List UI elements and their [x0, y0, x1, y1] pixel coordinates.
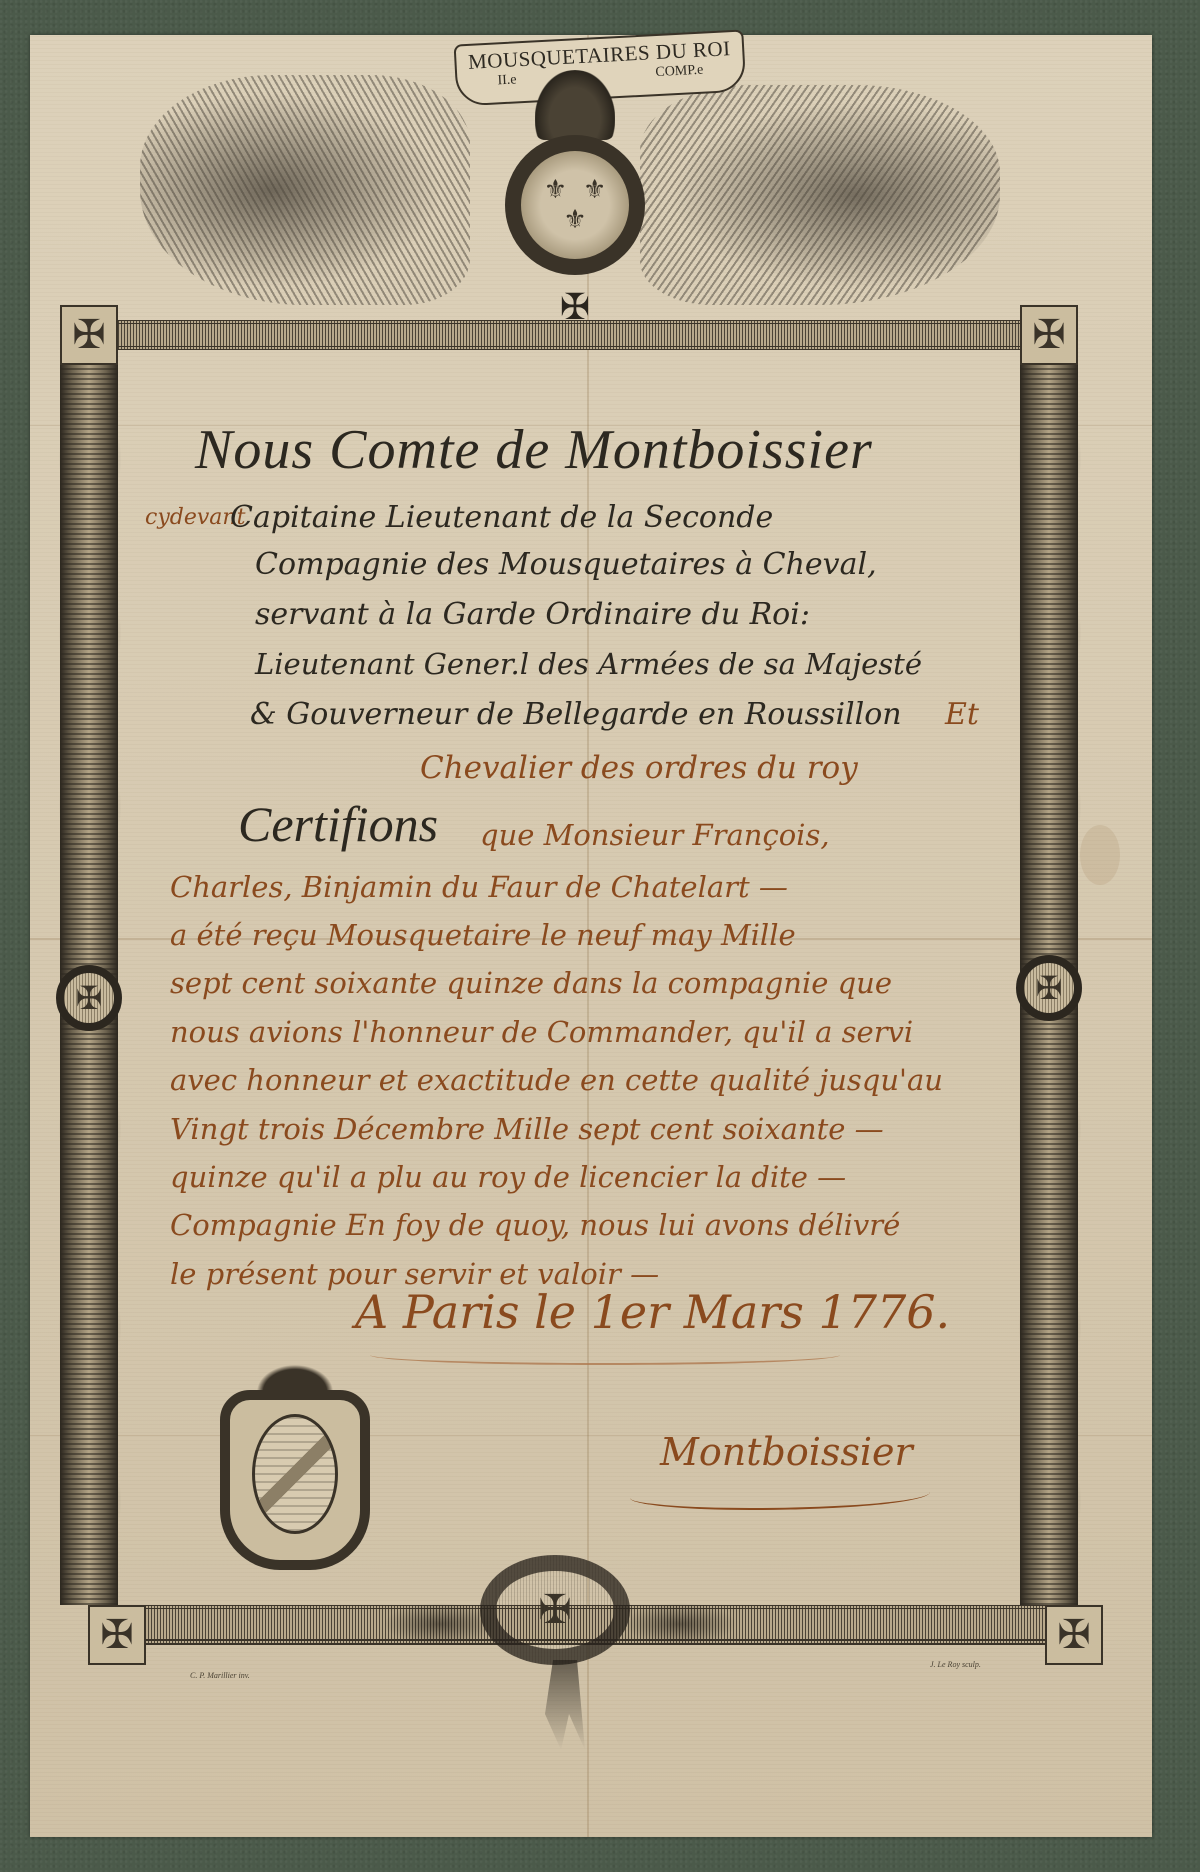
cross-fleury-icon: ✠ [60, 305, 118, 365]
wreath-cross-medallion-icon: ✠ [480, 1555, 630, 1665]
manuscript-body-line: sept cent soixante quinze dans la compag… [170, 966, 892, 1000]
top-frame-border [100, 320, 1050, 350]
engraver-credit-right: J. Le Roy sculp. [930, 1660, 981, 1669]
banner-company-number: II.e [497, 72, 517, 89]
printed-line-5: & Gouverneur de Bellegarde en Roussillon [250, 697, 902, 732]
printed-line-4: Lieutenant Gener.l des Armées de sa Maje… [255, 647, 922, 681]
arms-cartouche [220, 1390, 370, 1570]
arms-trophy-right [640, 85, 1000, 305]
printed-line-1: Capitaine Lieutenant de la Seconde [230, 500, 773, 535]
fleur-de-lis-shield-icon: ⚜ ⚜ ⚜ [505, 135, 645, 275]
header-engraving: MOUSQUETAIRES DU ROI II.e COMP.e ⚜ ⚜ ⚜ ✠ [110, 15, 1020, 345]
manuscript-body-line: Vingt trois Décembre Mille sept cent soi… [170, 1112, 884, 1146]
manuscript-line-5-suffix: Et [945, 697, 979, 732]
heraldic-shield-icon [252, 1414, 338, 1534]
printed-line-3: servant à la Garde Ordinaire du Roi: [255, 597, 810, 632]
manuscript-body-line: que Monsieur François, [480, 818, 830, 852]
manuscript-body-line: avec honneur et exactitude en cette qual… [170, 1063, 943, 1097]
certificate-heading: Nous Comte de Montboissier [195, 418, 873, 482]
arms-trophy-left [140, 75, 470, 305]
engraver-credit-left: C. P. Marillier inv. [190, 1671, 250, 1680]
signature: Montboissier [660, 1430, 913, 1474]
manuscript-body-line: Charles, Binjamin du Faur de Chatelart — [170, 870, 788, 904]
banner-company-label: COMP.e [655, 63, 704, 81]
date-flourish [370, 1345, 840, 1365]
manuscript-body-line: Compagnie En foy de quoy, nous lui avons… [170, 1208, 900, 1242]
fleur-de-lis-icon: ⚜ [544, 177, 567, 203]
manuscript-body-line: quinze qu'il a plu au roy de licencier l… [170, 1160, 846, 1194]
manuscript-body-line: a été reçu Mousquetaire le neuf may Mill… [170, 918, 796, 952]
left-cross-medallion-icon: ✠ [56, 965, 122, 1031]
manuscript-line-6: Chevalier des ordres du roy [420, 750, 858, 786]
fleur-de-lis-icon: ⚜ [544, 207, 607, 233]
fleur-de-lis-icon: ⚜ [583, 177, 606, 203]
printed-line-2: Compagnie des Mousquetaires à Cheval, [255, 547, 877, 582]
right-cross-medallion-icon: ✠ [1016, 955, 1082, 1021]
cross-fleury-icon: ✠ [1020, 305, 1078, 365]
horizontal-fold-line-lower [30, 1435, 1152, 1436]
royal-crown-icon [535, 70, 615, 140]
cross-fleury-icon: ✠ [1045, 1605, 1103, 1665]
coat-of-arms [210, 1360, 380, 1580]
cross-fleury-icon: ✠ [88, 1605, 146, 1665]
certifions-heading: Certifions [238, 795, 438, 853]
date-line: A Paris le 1er Mars 1776. [355, 1285, 950, 1339]
manuscript-body-line: nous avions l'honneur de Commander, qu'i… [170, 1015, 913, 1049]
